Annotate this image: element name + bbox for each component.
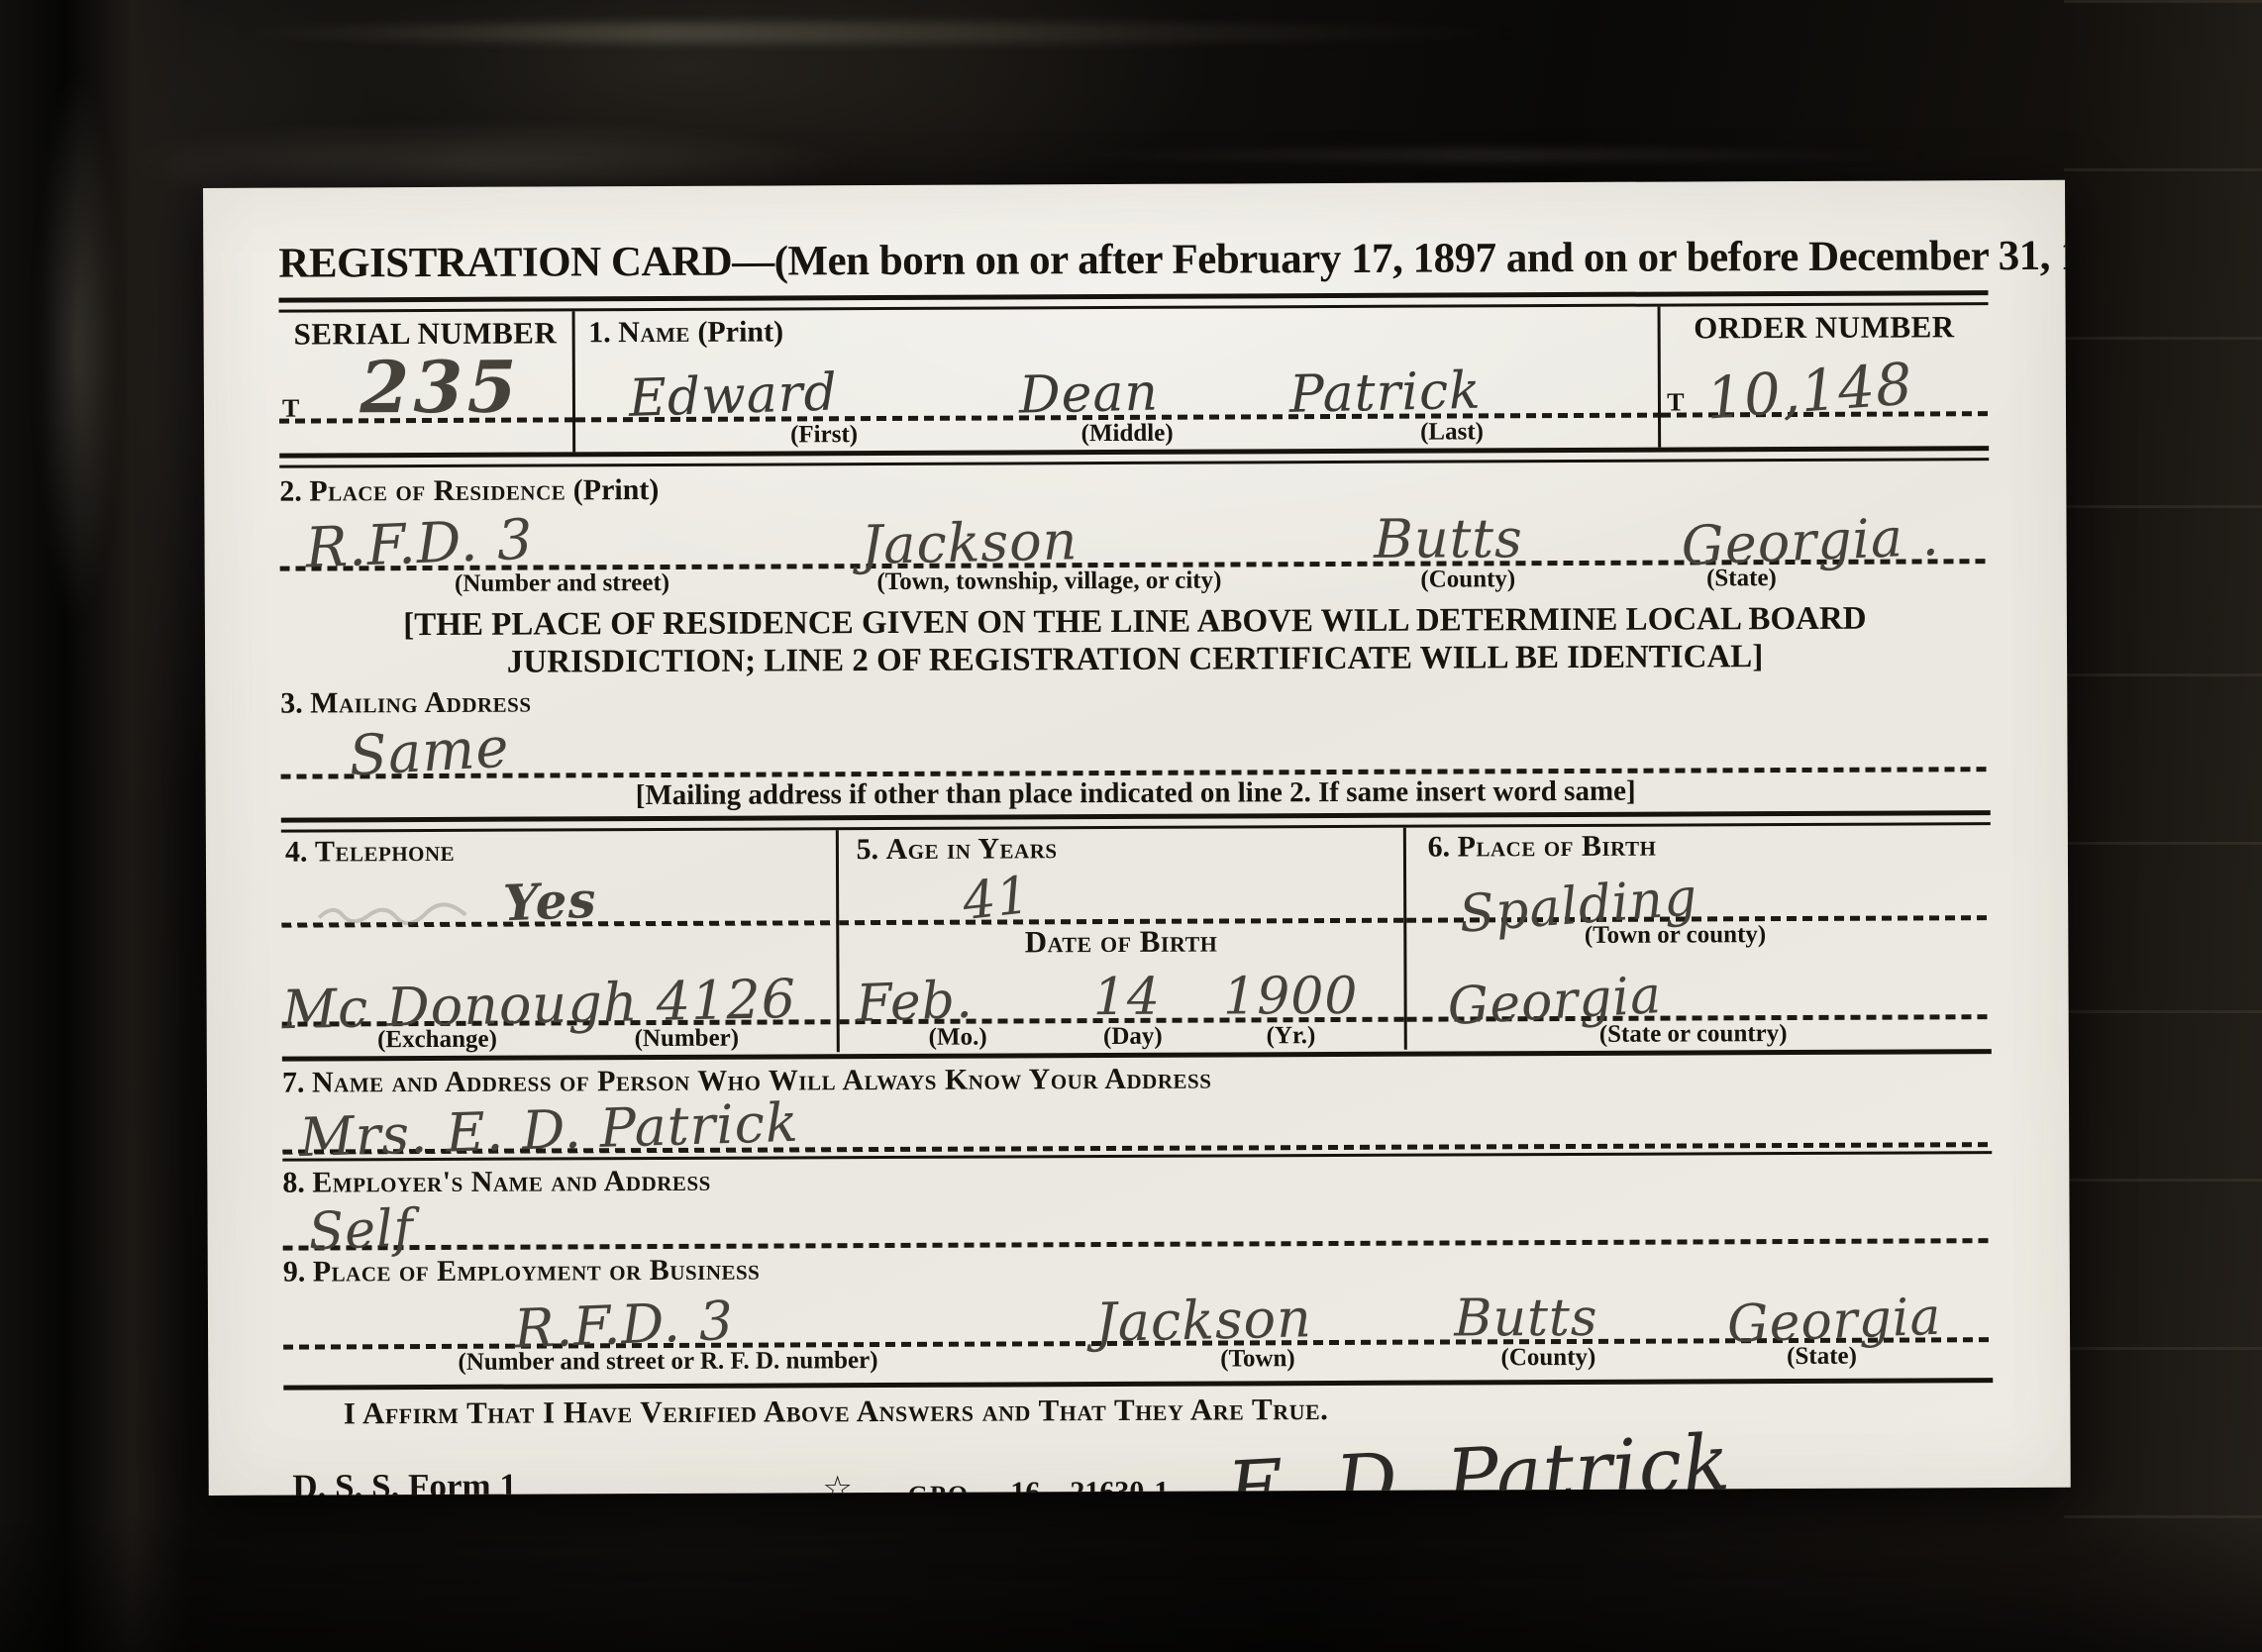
birthplace-label-num: 6.	[1428, 831, 1451, 864]
dob-heading: Date of Birth	[839, 923, 1403, 965]
birthplace-town-line: Spalding	[1406, 863, 1992, 923]
residence-sub-street: (Number and street)	[455, 569, 669, 598]
employment-sub-town: (Town)	[1220, 1345, 1295, 1373]
gpo-label: GPO	[908, 1481, 970, 1496]
gpo-number: 16—21630-1	[1010, 1476, 1169, 1496]
card-title: REGISTRATION CARD—(Men born on or after …	[278, 232, 1988, 288]
name-subband: (First) (Middle) (Last)	[575, 418, 1658, 453]
mailing-label-num: 3.	[280, 687, 303, 720]
dob-sub-year: (Yr.)	[1266, 1022, 1315, 1050]
telephone-gap	[281, 925, 836, 967]
employment-town-value: Jackson	[1094, 1287, 1312, 1354]
employment-sub-street: (Number and street or R. F. D. number)	[458, 1347, 877, 1377]
registration-card: REGISTRATION CARD—(Men born on or after …	[203, 180, 2071, 1496]
dob-line: Feb. 14 1900	[839, 963, 1403, 1024]
wood-highlight-streak	[1041, 149, 1946, 162]
name-line: Edward Dean Patrick	[574, 351, 1657, 423]
birthplace-label-text: Place of Birth	[1458, 830, 1657, 864]
telephone-answer-value: Yes	[502, 871, 598, 933]
age-label-num: 5.	[857, 833, 879, 866]
name-label-suffix: (Print)	[697, 315, 783, 348]
serial-number-box: SERIAL NUMBER T 235	[279, 311, 575, 453]
mailing-value: Same	[348, 715, 511, 788]
mailing-line: Same	[280, 714, 1990, 779]
birthplace-town-subband: (Town or county)	[1406, 920, 1991, 963]
affirmation-line: I Affirm That I Have Verified Above Answ…	[344, 1392, 1329, 1430]
telephone-subband: (Exchange) (Number)	[282, 1024, 837, 1060]
employer-line: Self	[282, 1193, 1992, 1251]
employment-county-value: Butts	[1454, 1289, 1597, 1349]
dob-year-value: 1900	[1223, 967, 1359, 1027]
over-note: (over)	[711, 1495, 784, 1496]
birthplace-box: 6. Place of Birth Spalding (Town or coun…	[1406, 825, 1992, 1050]
telephone-sub-exchange: (Exchange)	[377, 1026, 497, 1055]
dob-heading-text: Date of Birth	[1025, 924, 1218, 960]
telephone-number-line: Mc Donough 4126	[281, 965, 836, 1026]
phone-age-birth-row: 4. Telephone Yes Mc Donough 4126 (Exchan…	[281, 825, 1992, 1055]
star-icon: ☆	[822, 1469, 853, 1496]
residence-sub-state: (State)	[1706, 565, 1777, 592]
age-label-text: Age in Years	[886, 832, 1058, 866]
employment-line: R.F.D. 3 Jackson Butts Georgia	[283, 1283, 1993, 1350]
residence-label-num: 2.	[279, 475, 302, 508]
serial-prefix: T	[282, 394, 300, 424]
bottom-shadow	[0, 1513, 2262, 1652]
employer-label-num: 8.	[282, 1167, 305, 1199]
employment-section: 9. Place of Employment or Business R.F.D…	[283, 1247, 1994, 1384]
dob-sub-month: (Mo.)	[929, 1024, 987, 1052]
residence-section: 2. Place of Residence (Print) R.F.D. 3 J…	[279, 466, 1990, 682]
wood-plank-lines	[2064, 0, 2262, 1652]
employer-section: 8. Employer's Name and Address Self	[282, 1158, 1992, 1251]
registrant-signature: E. D. Patrick	[1225, 1418, 1733, 1496]
employment-sub-county: (County)	[1500, 1344, 1595, 1372]
table-edge-highlight	[38, 69, 117, 624]
residence-jurisdiction-note: [THE PLACE OF RESIDENCE GIVEN ON THE LIN…	[320, 599, 1950, 681]
telephone-label: 4. Telephone	[281, 832, 836, 870]
birthplace-sub-state: (State or country)	[1599, 1020, 1788, 1049]
serial-subband	[279, 422, 572, 453]
order-number-label: ORDER NUMBER	[1660, 305, 1989, 350]
name-box: 1. Name (Print) Edward Dean Patrick (Fir…	[574, 307, 1661, 453]
name-sub-middle: (Middle)	[1081, 420, 1174, 448]
contact-label-num: 7.	[282, 1067, 305, 1099]
photo-of-registration-card: REGISTRATION CARD—(Men born on or after …	[0, 0, 2262, 1652]
name-middle-value: Dean	[1018, 363, 1159, 426]
order-subband	[1661, 416, 1990, 447]
order-number-line: T 10,148	[1660, 349, 1989, 417]
residence-line: R.F.D. 3 Jackson Butts Georgia .	[279, 502, 1989, 571]
birthplace-state-line: Georgia	[1406, 960, 1992, 1022]
residence-sub-town: (Town, township, village, or city)	[876, 568, 1221, 597]
birthplace-label: 6. Place of Birth	[1406, 827, 1991, 866]
telephone-box: 4. Telephone Yes Mc Donough 4126 (Exchan…	[281, 830, 840, 1054]
name-first-value: Edward	[628, 362, 839, 428]
faint-scribble	[315, 899, 473, 926]
mailing-label-text: Mailing Address	[310, 686, 531, 720]
telephone-label-num: 4.	[285, 836, 308, 869]
employment-sub-state: (State)	[1787, 1343, 1857, 1371]
order-number-box: ORDER NUMBER T 10,148	[1660, 305, 1989, 447]
residence-county-value: Butts	[1374, 507, 1523, 570]
wood-highlight-streak	[226, 22, 1538, 44]
serial-number-value: 235	[360, 345, 521, 430]
telephone-label-text: Telephone	[315, 835, 455, 869]
mailing-note: [Mailing address if other than place ind…	[281, 774, 1991, 814]
contact-section: 7. Name and Address of Person Who Will A…	[282, 1058, 1992, 1155]
employment-subband: (Number and street or R. F. D. number) (…	[283, 1342, 1993, 1384]
serial-name-order-row: SERIAL NUMBER T 235 1. Name (Print) Edwa…	[279, 305, 1990, 454]
age-dob-box: 5. Age in Years 41 Date of Birth Feb. 14…	[839, 828, 1407, 1052]
name-sub-first: (First)	[790, 421, 858, 449]
name-label-text: Name	[618, 316, 690, 349]
signature-line: E. D. Patrick	[1164, 1424, 1950, 1496]
residence-sub-county: (County)	[1420, 566, 1515, 593]
form-id-block: D. S. S. Form 1 (Revised 1-1-42)	[292, 1467, 517, 1496]
age-line: 41	[839, 866, 1403, 925]
residence-label-text: Place of Residence	[309, 473, 565, 507]
residence-town-value: Jackson	[861, 509, 1079, 576]
telephone-answer-line: Yes	[281, 868, 836, 927]
residence-subband: (Number and street) (Town, township, vil…	[280, 564, 1990, 603]
name-label-num: 1.	[588, 316, 611, 349]
name-last-value: Patrick	[1288, 361, 1482, 425]
form-number: D. S. S. Form 1	[292, 1467, 517, 1496]
telephone-number-text: 4126	[656, 968, 797, 1033]
dob-subband: (Mo.) (Day) (Yr.)	[839, 1022, 1403, 1058]
dob-day-value: 14	[1093, 968, 1161, 1027]
contact-line: Mrs. E. D. Patrick	[282, 1093, 1992, 1155]
residence-label-suffix: (Print)	[573, 473, 660, 506]
employer-label-text: Employer's Name and Address	[312, 1165, 711, 1199]
name-sub-last: (Last)	[1420, 418, 1484, 446]
employer-value: Self	[307, 1198, 415, 1262]
employment-label-num: 9.	[283, 1256, 306, 1289]
dob-sub-day: (Day)	[1103, 1023, 1163, 1051]
order-prefix: T	[1667, 387, 1685, 417]
name-label: 1. Name (Print)	[574, 307, 1657, 356]
age-label: 5. Age in Years	[839, 830, 1403, 868]
telephone-sub-number: (Number)	[634, 1025, 739, 1053]
birthplace-state-subband: (State or country)	[1406, 1019, 1991, 1056]
mailing-section: 3. Mailing Address Same [Mailing address…	[280, 678, 1991, 814]
birthplace-sub-town: (Town or county)	[1585, 921, 1766, 950]
serial-number-line: T 235	[279, 355, 572, 423]
age-value: 41	[960, 866, 1033, 932]
footer-row: D. S. S. Form 1 (Revised 1-1-42) (over) …	[283, 1424, 1994, 1496]
